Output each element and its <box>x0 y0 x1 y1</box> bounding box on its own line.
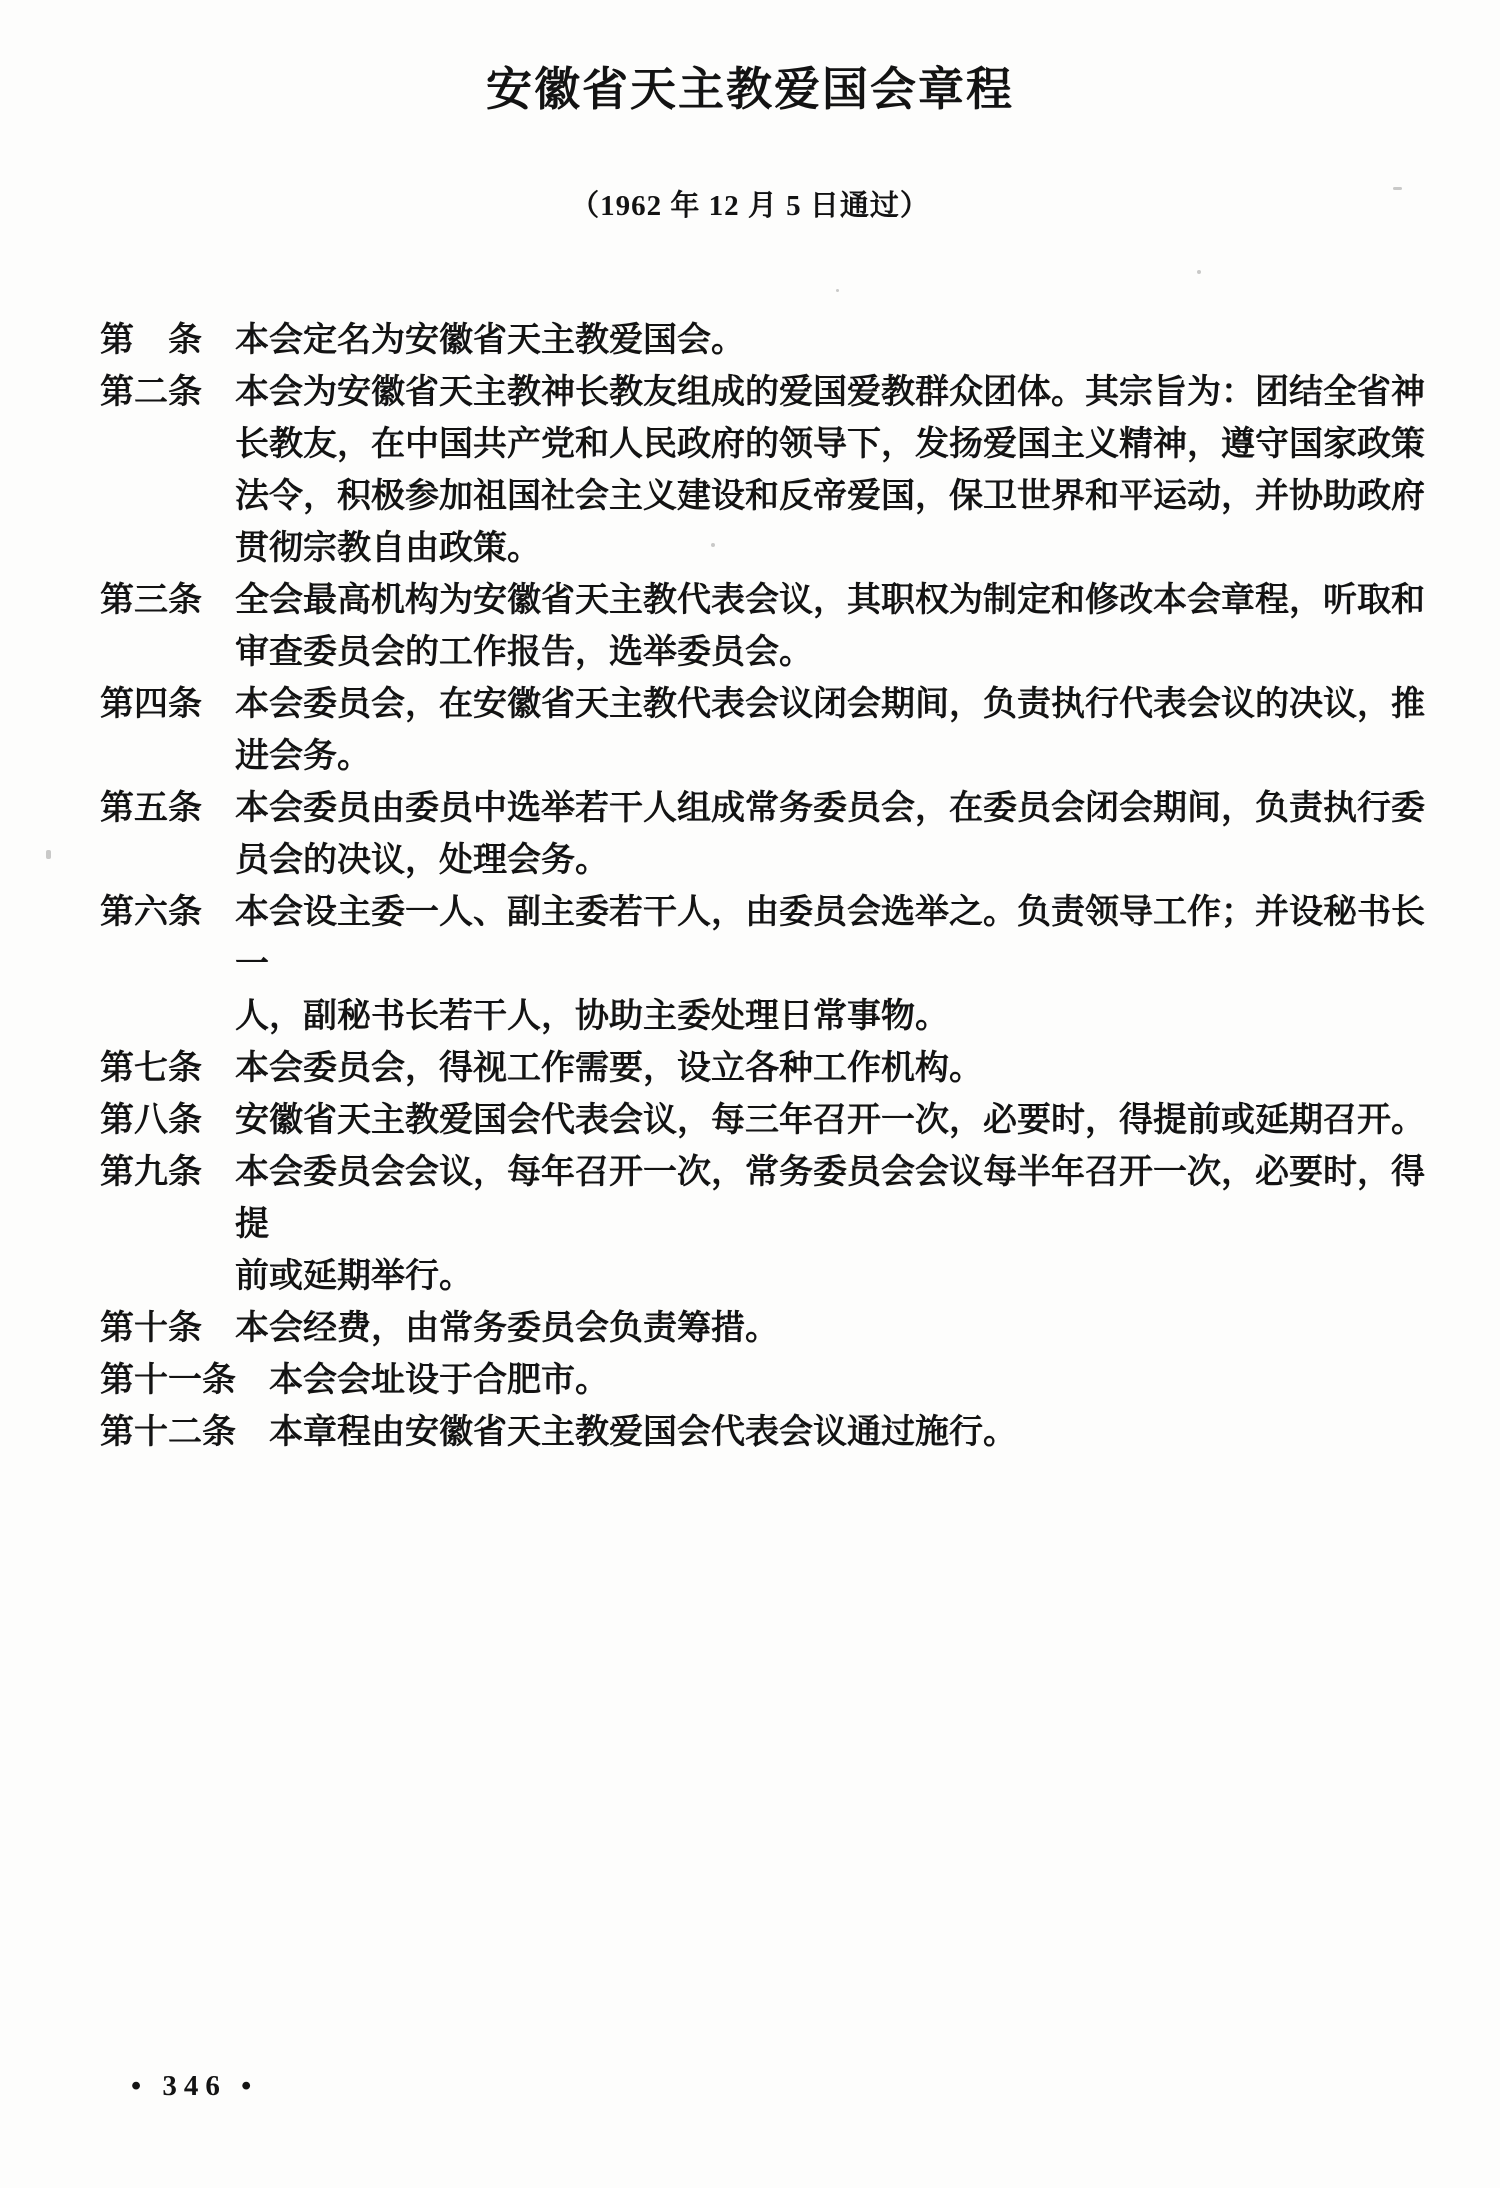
scan-speck <box>836 289 839 292</box>
article-row: 第九条本会委员会会议，每年召开一次，常务委员会会议每半年召开一次，必要时，得提 … <box>100 1147 1440 1303</box>
article-text: 本会委员会会议，每年召开一次，常务委员会会议每半年召开一次，必要时，得提 前或延… <box>235 1147 1440 1303</box>
article-text: 本章程由安徽省天主教爱国会代表会议通过施行。 <box>269 1407 1440 1459</box>
article-label: 第 条 <box>100 315 202 367</box>
article-label: 第六条 <box>100 887 202 939</box>
articles-list: 第 条本会定名为安徽省天主教爱国会。第二条本会为安徽省天主教神长教友组成的爱国爱… <box>100 315 1440 1459</box>
scan-speck <box>711 543 715 547</box>
article-label: 第十一条 <box>100 1355 236 1407</box>
article-label: 第五条 <box>100 783 202 835</box>
article-text: 安徽省天主教爱国会代表会议，每三年召开一次，必要时，得提前或延期召开。 <box>235 1095 1440 1147</box>
article-row: 第七条本会委员会，得视工作需要，设立各种工作机构。 <box>100 1043 1440 1095</box>
article-row: 第五条本会委员由委员中选举若干人组成常务委员会，在委员会闭会期间，负责执行委 员… <box>100 783 1440 887</box>
article-row: 第六条本会设主委一人、副主委若干人，由委员会选举之。负责领导工作；并设秘书长一 … <box>100 887 1440 1043</box>
article-label: 第四条 <box>100 679 202 731</box>
article-text: 本会委员会，在安徽省天主教代表会议闭会期间，负责执行代表会议的决议，推 进会务。 <box>235 679 1440 783</box>
article-text: 本会为安徽省天主教神长教友组成的爱国爱教群众团体。其宗旨为：团结全省神 长教友，… <box>235 367 1440 575</box>
article-row: 第 条本会定名为安徽省天主教爱国会。 <box>100 315 1440 367</box>
article-label: 第十条 <box>100 1303 202 1355</box>
article-row: 第十条本会经费，由常务委员会负责筹措。 <box>100 1303 1440 1355</box>
article-label: 第八条 <box>100 1095 202 1147</box>
article-text: 本会会址设于合肥市。 <box>269 1355 1440 1407</box>
article-row: 第十一条本会会址设于合肥市。 <box>100 1355 1440 1407</box>
article-text: 本会设主委一人、副主委若干人，由委员会选举之。负责领导工作；并设秘书长一 人，副… <box>235 887 1440 1043</box>
article-row: 第八条安徽省天主教爱国会代表会议，每三年召开一次，必要时，得提前或延期召开。 <box>100 1095 1440 1147</box>
article-label: 第七条 <box>100 1043 202 1095</box>
article-row: 第三条全会最高机构为安徽省天主教代表会议，其职权为制定和修改本会章程，听取和 审… <box>100 575 1440 679</box>
scan-speck <box>46 850 51 859</box>
article-text: 本会委员会，得视工作需要，设立各种工作机构。 <box>235 1043 1440 1095</box>
article-row: 第十二条本章程由安徽省天主教爱国会代表会议通过施行。 <box>100 1407 1440 1459</box>
scan-speck <box>1393 187 1402 190</box>
article-text: 本会委员由委员中选举若干人组成常务委员会，在委员会闭会期间，负责执行委 员会的决… <box>235 783 1440 887</box>
article-row: 第二条本会为安徽省天主教神长教友组成的爱国爱教群众团体。其宗旨为：团结全省神 长… <box>100 367 1440 575</box>
scan-speck <box>552 1156 556 1160</box>
page-subtitle: （1962 年 12 月 5 日通过） <box>0 186 1500 226</box>
page-number: • 346 • <box>131 2066 258 2106</box>
article-label: 第三条 <box>100 575 202 627</box>
article-text: 本会定名为安徽省天主教爱国会。 <box>235 315 1440 367</box>
article-row: 第四条本会委员会，在安徽省天主教代表会议闭会期间，负责执行代表会议的决议，推 进… <box>100 679 1440 783</box>
page-title: 安徽省天主教爱国会章程 <box>0 60 1500 120</box>
article-text: 全会最高机构为安徽省天主教代表会议，其职权为制定和修改本会章程，听取和 审查委员… <box>235 575 1440 679</box>
article-label: 第二条 <box>100 367 202 419</box>
article-label: 第九条 <box>100 1147 202 1199</box>
article-text: 本会经费，由常务委员会负责筹措。 <box>235 1303 1440 1355</box>
document-page: 安徽省天主教爱国会章程 （1962 年 12 月 5 日通过） 第 条本会定名为… <box>0 0 1500 2188</box>
article-label: 第十二条 <box>100 1407 236 1459</box>
scan-speck <box>1197 270 1201 274</box>
